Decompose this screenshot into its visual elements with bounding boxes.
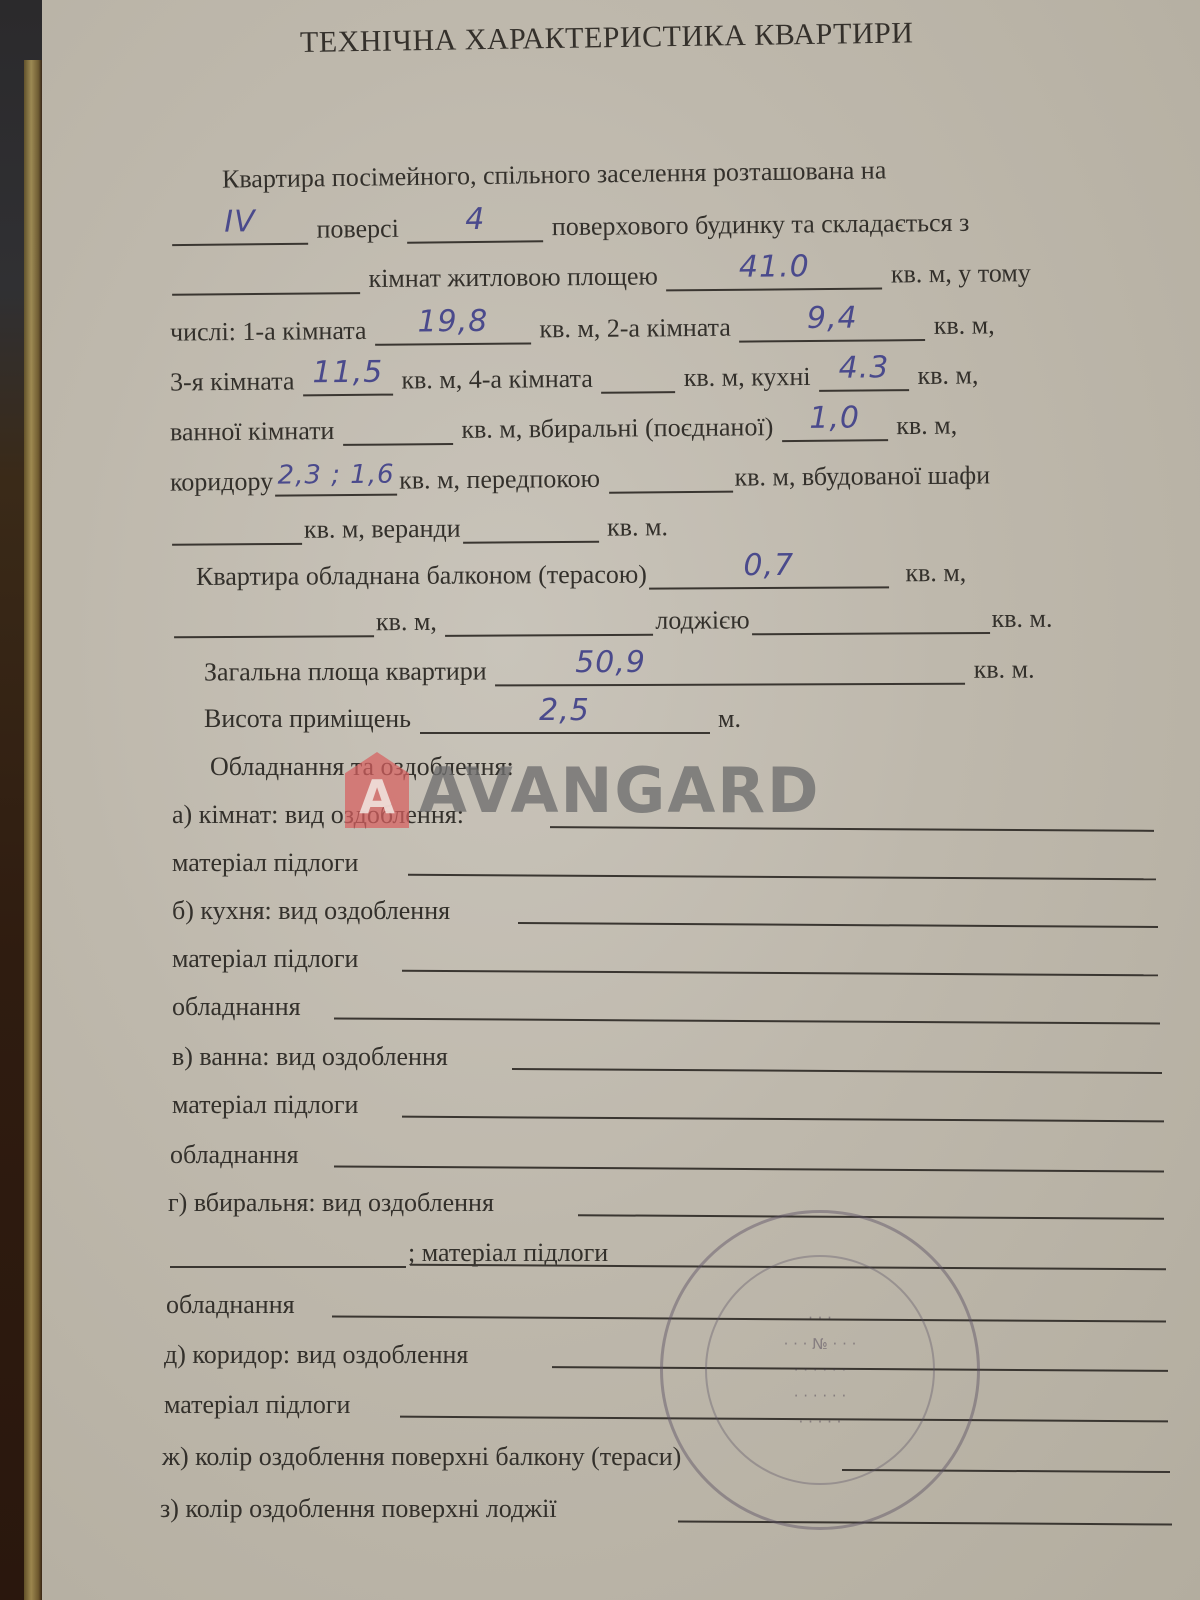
finishing-label: б) кухня: вид оздоблення	[172, 896, 450, 925]
height-line: Висота приміщень 2,5 м.	[204, 704, 741, 734]
finishing-row: г) вбиральня: вид оздоблення	[168, 1188, 494, 1218]
balcony-extra2-field[interactable]	[445, 610, 653, 637]
balcony-value: 0,7	[649, 547, 889, 583]
toilet-field[interactable]: 1,0	[782, 415, 888, 442]
total-area-field[interactable]: 50,9	[495, 659, 965, 687]
finishing-prefix-field[interactable]	[170, 1242, 406, 1268]
hall-label: кв. м, передпокою	[399, 464, 600, 495]
finishing-label: матеріал підлоги	[172, 848, 358, 877]
corridor-label: коридору	[170, 467, 273, 497]
room3-field[interactable]: 11,5	[303, 370, 393, 397]
total-area-label: Загальна площа квартири	[204, 656, 487, 686]
finishing-label: матеріал підлоги	[172, 1090, 358, 1119]
balcony-unit: кв. м,	[905, 558, 966, 587]
height-field[interactable]: 2,5	[420, 708, 710, 734]
veranda-value	[463, 537, 599, 538]
finishing-row: матеріал підлоги	[164, 1390, 350, 1420]
avangard-logo-icon: A	[345, 752, 409, 828]
hall-value	[609, 487, 733, 488]
room4-value	[601, 387, 675, 388]
stamp-inner: · · · · · · № · · · · · · · · · · · · · …	[705, 1255, 935, 1485]
kitchen-unit: кв. м,	[917, 360, 978, 390]
finishing-row: б) кухня: вид оздоблення	[172, 896, 450, 926]
finishing-label: д) коридор: вид оздоблення	[164, 1340, 468, 1369]
total-area-line: Загальна площа квартири 50,9 кв. м.	[204, 655, 1035, 688]
living-area-value: 41.0	[666, 249, 882, 286]
finishing-row: з) колір оздоблення поверхні лоджії	[160, 1494, 557, 1524]
rooms-count-label: кімнат житловою площею	[368, 261, 658, 293]
room1-field[interactable]: 19,8	[375, 318, 531, 345]
finishing-row: ж) колір оздоблення поверхні балкону (те…	[162, 1442, 681, 1472]
finishing-row: в) ванна: вид оздоблення	[172, 1042, 448, 1072]
room4-field[interactable]	[601, 367, 675, 394]
toilet-label: кв. м, вбиральні (поєднаної)	[461, 412, 773, 444]
finishing-label: обладнання	[166, 1290, 295, 1319]
loggia-value	[752, 628, 990, 629]
stamp-line: · · · · · ·	[794, 1387, 846, 1405]
finishing-label: в) ванна: вид оздоблення	[172, 1042, 448, 1071]
finishing-label: матеріал підлоги	[164, 1390, 350, 1419]
height-value: 2,5	[420, 693, 710, 728]
height-unit: м.	[718, 704, 741, 733]
finishing-label: з) колір оздоблення поверхні лоджії	[160, 1494, 557, 1523]
room2-value: 9,4	[739, 300, 925, 337]
total-area-value: 50,9	[575, 644, 965, 680]
storeys-value: 4	[407, 201, 543, 237]
finishing-row: д) коридор: вид оздоблення	[164, 1340, 468, 1370]
finishing-label: ж) колір оздоблення поверхні балкону (те…	[162, 1442, 681, 1471]
rooms-count-value	[172, 288, 360, 290]
living-area-field[interactable]: 41.0	[666, 264, 882, 292]
balcony-extra2-value	[445, 630, 653, 631]
finishing-label: обладнання	[170, 1140, 299, 1169]
finishing-row: обладнання	[166, 1290, 295, 1320]
height-label: Висота приміщень	[204, 704, 411, 733]
finishing-label: ; матеріал підлоги	[408, 1238, 608, 1267]
storeys-field[interactable]: 4	[407, 216, 543, 243]
finishing-row: обладнання	[170, 1140, 299, 1170]
stamp-line: · · · · ·	[799, 1413, 842, 1431]
room3-label: 3-я кімната	[170, 366, 295, 396]
bathroom-field[interactable]	[343, 419, 453, 446]
room3-value: 11,5	[303, 355, 393, 391]
official-stamp: · · · · · · № · · · · · · · · · · · · · …	[660, 1210, 980, 1530]
toilet-value: 1,0	[782, 400, 888, 436]
veranda-field[interactable]	[463, 517, 599, 544]
finishing-row: матеріал підлоги	[172, 944, 358, 974]
balcony-extra-field[interactable]	[174, 611, 374, 638]
storeys-label: поверхового будинку та складається з	[552, 208, 970, 241]
finishing-label: г) вбиральня: вид оздоблення	[168, 1188, 494, 1217]
frame-edge	[24, 60, 42, 1600]
finishing-label: обладнання	[172, 992, 301, 1021]
finishing-label: матеріал підлоги	[172, 944, 358, 973]
kitchen-value: 4.3	[819, 350, 909, 386]
floor-field[interactable]: IV	[172, 219, 308, 246]
room1-value: 19,8	[375, 303, 531, 339]
stamp-line: · · ·	[808, 1309, 832, 1327]
balcony-field[interactable]: 0,7	[649, 562, 889, 589]
loggia-field[interactable]	[752, 608, 990, 635]
room1-unit: кв. м, 2-а кімната	[539, 313, 731, 344]
finishing-row: обладнання	[172, 992, 301, 1022]
rooms-line-5: кв. м, веранди кв. м.	[170, 512, 668, 545]
bathroom-value	[343, 439, 453, 440]
room1-label: числі: 1-а кімната	[170, 316, 367, 347]
corridor-value: 2,3 ; 1,6	[275, 460, 397, 491]
room4-unit: кв. м, кухні	[684, 362, 811, 392]
hall-field[interactable]	[608, 467, 732, 494]
balcony-label: Квартира обладнана балконом (терасою)	[196, 560, 647, 591]
avangard-logo-text: AVANGARD	[419, 754, 821, 827]
rooms-count-field[interactable]	[172, 268, 360, 296]
finishing-row: матеріал підлоги	[172, 1090, 358, 1120]
balcony-extra-unit: кв. м,	[376, 607, 437, 636]
balcony-extra-value	[174, 631, 374, 632]
room3-unit: кв. м, 4-а кімната	[401, 364, 593, 395]
total-area-unit: кв. м.	[974, 655, 1035, 684]
living-area-unit: кв. м, у тому	[891, 258, 1031, 288]
closet-value	[172, 539, 302, 540]
floor-value: IV	[172, 204, 308, 240]
veranda-unit: кв. м.	[607, 512, 668, 541]
toilet-unit: кв. м,	[896, 411, 957, 441]
finishing-row: матеріал підлоги	[172, 848, 358, 878]
loggia-line: кв. м, лоджієюкв. м.	[172, 604, 1053, 639]
corridor-field[interactable]: 2,3 ; 1,6	[275, 470, 397, 497]
loggia-label: лоджією	[655, 605, 749, 634]
floor-label: поверсі	[316, 214, 399, 244]
balcony-line: Квартира обладнана балконом (терасою)0,7…	[196, 558, 966, 592]
closet-field[interactable]	[172, 519, 302, 546]
bathroom-label: ванної кімнати	[170, 416, 335, 446]
room2-field[interactable]: 9,4	[739, 315, 925, 343]
stamp-line: · · · № · · ·	[784, 1335, 857, 1353]
avangard-watermark: A AVANGARD	[345, 752, 821, 828]
veranda-label: кв. м, веранди	[304, 514, 461, 544]
loggia-unit: кв. м.	[992, 604, 1053, 633]
kitchen-field[interactable]: 4.3	[819, 365, 909, 392]
room2-unit: кв. м,	[934, 310, 995, 340]
stamp-line: · · · · · ·	[794, 1361, 846, 1379]
closet-label: кв. м, вбудованої шафи	[734, 460, 990, 491]
